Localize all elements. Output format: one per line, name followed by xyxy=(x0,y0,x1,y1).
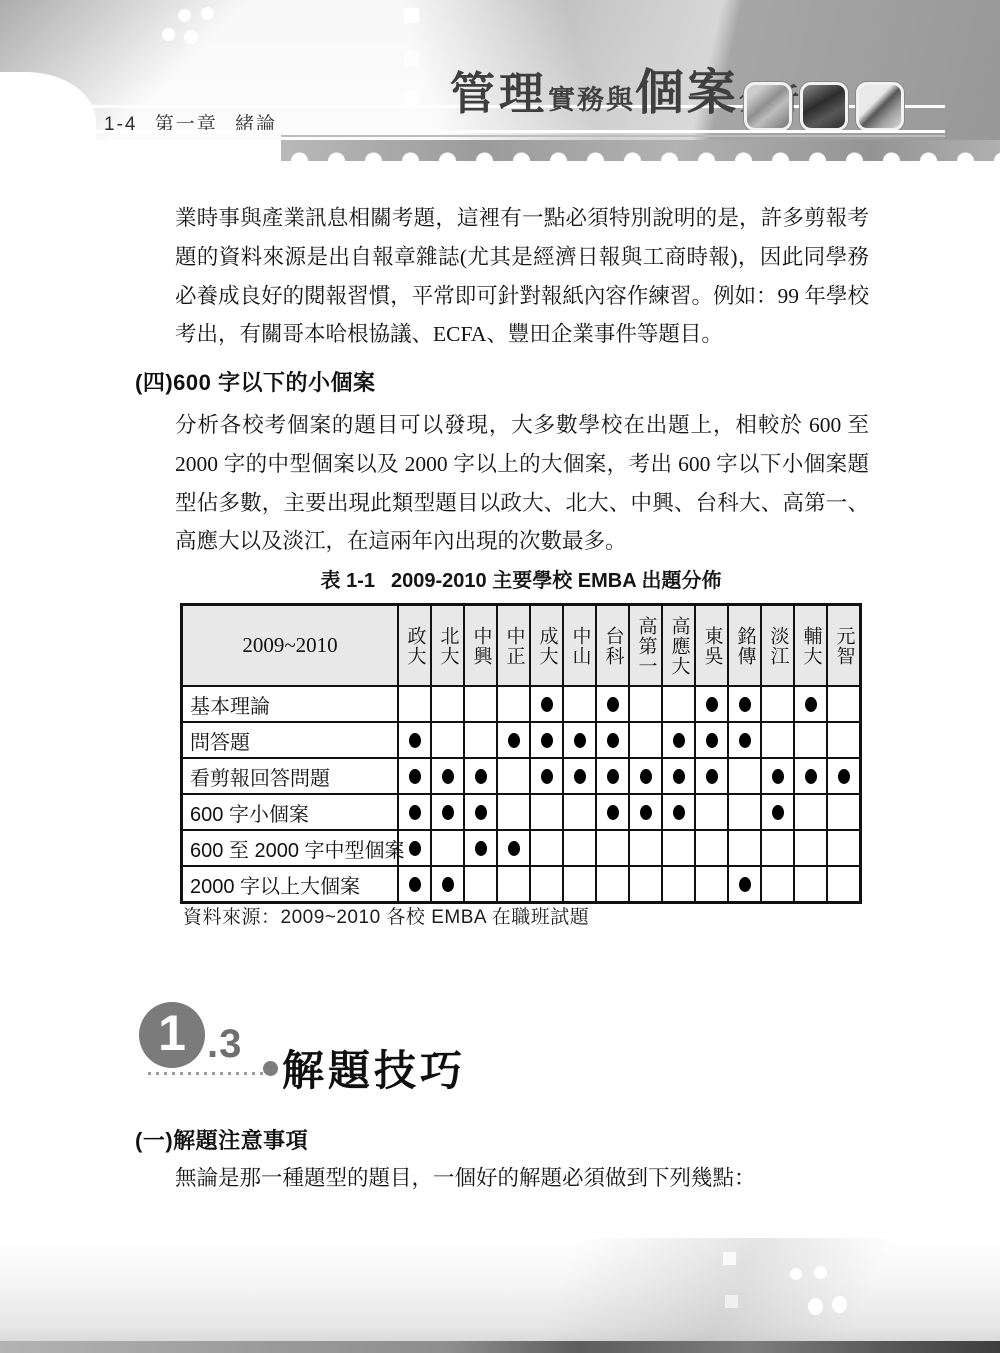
table-cell-empty xyxy=(498,759,531,793)
table-cell-dot-icon xyxy=(432,867,465,901)
heading-small-case-section: (四)600 字以下的小個案 xyxy=(135,366,375,397)
table-row-label: 看剪報回答問題 xyxy=(183,759,399,793)
table-row: 2000 字以上大個案 xyxy=(183,865,859,901)
table-cell-dot-icon xyxy=(762,795,795,829)
table-cell-dot-icon xyxy=(663,759,696,793)
table-cell-dot-icon xyxy=(399,795,432,829)
table-cell-dot-icon xyxy=(762,759,795,793)
table-cell-empty xyxy=(630,687,663,721)
table-cell-dot-icon xyxy=(663,795,696,829)
dotted-leader-line xyxy=(148,1072,264,1075)
table-cell-empty xyxy=(663,867,696,901)
table-cell-empty xyxy=(465,723,498,757)
table-cell-dot-icon xyxy=(597,759,630,793)
table-cell-empty xyxy=(762,831,795,865)
header-thin-rule xyxy=(281,135,945,137)
table-cell-dot-icon xyxy=(399,723,432,757)
table-cell-empty xyxy=(465,687,498,721)
table-column-header: 中正 xyxy=(498,606,531,685)
table-cell-dot-icon xyxy=(630,759,663,793)
emba-distribution-table: 2009~2010政大北大中興中正成大中山台科高第一高應大東吳銘傳淡江輔大元智基… xyxy=(180,603,862,904)
school-name-vertical: 中正 xyxy=(504,626,524,666)
header-dot-decoration xyxy=(184,30,198,44)
header-dot-decoration xyxy=(201,7,214,20)
table-cell-empty xyxy=(828,831,859,865)
table-row-label: 2000 字以上大個案 xyxy=(183,867,399,901)
table-cell-empty xyxy=(630,723,663,757)
table-cell-empty xyxy=(597,831,630,865)
table-cell-empty xyxy=(795,723,828,757)
section-number: 1 xyxy=(158,1008,186,1058)
table-row: 基本理論 xyxy=(183,685,859,721)
table-row: 600 至 2000 字中型個案 xyxy=(183,829,859,865)
header-dot-decoration xyxy=(162,28,175,41)
pen-writing-photo-icon xyxy=(856,82,904,131)
school-name-vertical: 成大 xyxy=(537,626,557,666)
table-caption: 表 1-12009-2010 主要學校 EMBA 出題分佈 xyxy=(180,564,862,593)
header-square-decoration xyxy=(404,51,419,66)
school-name-vertical: 銘傳 xyxy=(735,626,755,666)
table-cell-empty xyxy=(663,687,696,721)
table-column-header: 北大 xyxy=(432,606,465,685)
table-column-header: 中興 xyxy=(465,606,498,685)
table-column-header: 淡江 xyxy=(762,606,795,685)
table-cell-dot-icon xyxy=(597,687,630,721)
table-cell-empty xyxy=(663,831,696,865)
table-cell-empty xyxy=(729,831,762,865)
table-caption-text: 2009-2010 主要學校 EMBA 出題分佈 xyxy=(391,570,721,592)
table-column-header: 中山 xyxy=(564,606,597,685)
table-cell-empty xyxy=(795,831,828,865)
table-row-label: 600 至 2000 字中型個案 xyxy=(183,831,399,865)
table-cell-dot-icon xyxy=(696,723,729,757)
table-cell-empty xyxy=(564,867,597,901)
table-cell-empty xyxy=(828,687,859,721)
table-cell-empty xyxy=(564,795,597,829)
table-cell-dot-icon xyxy=(465,795,498,829)
table-cell-dot-icon xyxy=(729,723,762,757)
table-cell-empty xyxy=(630,867,663,901)
table-cell-empty xyxy=(762,867,795,901)
table-cell-empty xyxy=(729,795,762,829)
table-cell-dot-icon xyxy=(399,867,432,901)
header-rule-line xyxy=(86,130,945,133)
section-number-badge: 1 xyxy=(139,1002,205,1068)
table-cell-empty xyxy=(531,867,564,901)
table-cell-empty xyxy=(729,759,762,793)
table-cell-empty xyxy=(696,867,729,901)
school-name-vertical: 高應大 xyxy=(669,616,689,676)
table-cell-empty xyxy=(531,831,564,865)
table-cell-dot-icon xyxy=(531,759,564,793)
table-cell-empty xyxy=(498,687,531,721)
table-cell-empty xyxy=(432,831,465,865)
table-cell-dot-icon xyxy=(795,687,828,721)
table-column-header: 元智 xyxy=(828,606,859,685)
table-cell-dot-icon xyxy=(729,867,762,901)
open-book-photo-icon xyxy=(744,82,792,131)
footer-dot-decoration xyxy=(832,1296,847,1313)
table-cell-empty xyxy=(531,795,564,829)
table-cell-empty xyxy=(564,831,597,865)
paragraph-case-analysis: 分析各校考個案的題目可以發現，大多數學校在出題上，相較於 600 至 2000 … xyxy=(175,406,869,561)
section-number-suffix: .3 xyxy=(207,1022,242,1067)
school-name-vertical: 中山 xyxy=(570,626,590,666)
footer-square-decoration xyxy=(723,1252,736,1265)
paragraph-answer-intro: 無論是那一種題型的題目，一個好的解題必須做到下列幾點： xyxy=(175,1159,875,1198)
book-title-part: 管理 xyxy=(450,57,548,122)
table-column-header: 成大 xyxy=(531,606,564,685)
table-cell-empty xyxy=(630,831,663,865)
table-cell-empty xyxy=(762,723,795,757)
footer-dot-decoration xyxy=(790,1268,802,1280)
table-row-label: 問答題 xyxy=(183,723,399,757)
header-square-decoration xyxy=(404,8,419,23)
school-name-vertical: 淡江 xyxy=(768,626,788,666)
table-cell-empty xyxy=(696,831,729,865)
header-square-decoration xyxy=(404,91,419,106)
table-column-header: 銘傳 xyxy=(729,606,762,685)
table-cell-dot-icon xyxy=(663,723,696,757)
table-row: 600 字小個案 xyxy=(183,793,859,829)
table-cell-dot-icon xyxy=(465,759,498,793)
table-cell-dot-icon xyxy=(531,687,564,721)
table-cell-dot-icon xyxy=(399,831,432,865)
table-cell-empty xyxy=(597,867,630,901)
table-cell-dot-icon xyxy=(564,723,597,757)
table-cell-dot-icon xyxy=(498,723,531,757)
table-row: 看剪報回答問題 xyxy=(183,757,859,793)
table-cell-empty xyxy=(564,687,597,721)
table-cell-dot-icon xyxy=(531,723,564,757)
footer-square-decoration xyxy=(725,1295,738,1308)
book-title-part: 個案 xyxy=(635,54,739,124)
table-source-note: 資料來源：2009~2010 各校 EMBA 在職班試題 xyxy=(183,902,589,929)
table-cell-empty xyxy=(498,867,531,901)
section-title: 解題技巧 xyxy=(282,1038,466,1098)
table-row-label: 基本理論 xyxy=(183,687,399,721)
table-cell-empty xyxy=(696,795,729,829)
table-cell-empty xyxy=(432,723,465,757)
table-cell-empty xyxy=(828,867,859,901)
table-cell-dot-icon xyxy=(729,687,762,721)
school-name-vertical: 中興 xyxy=(471,626,491,666)
scalloped-border-decoration xyxy=(281,140,1000,161)
table-cell-empty xyxy=(399,687,432,721)
footer-dot-decoration xyxy=(814,1266,827,1279)
school-name-vertical: 北大 xyxy=(438,626,458,666)
table-cell-dot-icon xyxy=(795,759,828,793)
table-row: 問答題 xyxy=(183,721,859,757)
table-corner-cell: 2009~2010 xyxy=(183,606,399,685)
table-cell-dot-icon xyxy=(597,723,630,757)
school-name-vertical: 元智 xyxy=(834,626,854,666)
table-cell-dot-icon xyxy=(696,687,729,721)
heading-answer-notes: (一)解題注意事項 xyxy=(135,1124,308,1155)
school-name-vertical: 東吳 xyxy=(702,626,722,666)
table-column-header: 台科 xyxy=(597,606,630,685)
table-cell-dot-icon xyxy=(432,759,465,793)
school-name-vertical: 輔大 xyxy=(801,626,821,666)
table-column-header: 輔大 xyxy=(795,606,828,685)
table-cell-dot-icon xyxy=(696,759,729,793)
paragraph-news-topics: 業時事與產業訊息相關考題，這裡有一點必須特別說明的是，許多剪報考題的資料來源是出… xyxy=(175,199,869,354)
table-cell-dot-icon xyxy=(432,795,465,829)
table-cell-empty xyxy=(762,687,795,721)
table-column-header: 高應大 xyxy=(663,606,696,685)
table-cell-dot-icon xyxy=(465,831,498,865)
table-row-label: 600 字小個案 xyxy=(183,795,399,829)
table-column-header: 東吳 xyxy=(696,606,729,685)
book-page: 管理 實務與 個案 分析 1-4 第一章 緒論 業時事與產業訊息相關考題，這裡有… xyxy=(0,0,1000,1353)
table-caption-label: 表 1-1 xyxy=(321,570,375,592)
table-cell-empty xyxy=(432,687,465,721)
leader-end-dot-icon xyxy=(263,1061,278,1076)
school-name-vertical: 政大 xyxy=(405,626,425,666)
table-cell-empty xyxy=(498,795,531,829)
table-cell-empty xyxy=(828,723,859,757)
table-cell-empty xyxy=(828,795,859,829)
table-cell-dot-icon xyxy=(498,831,531,865)
table-cell-dot-icon xyxy=(564,759,597,793)
table-cell-empty xyxy=(795,867,828,901)
school-name-vertical: 台科 xyxy=(603,626,623,666)
footer-dot-decoration xyxy=(808,1298,823,1315)
table-column-header: 高第一 xyxy=(630,606,663,685)
book-title-part: 實務與 xyxy=(548,78,635,117)
table-cell-dot-icon xyxy=(828,759,859,793)
table-cell-dot-icon xyxy=(597,795,630,829)
footer-photo-banner xyxy=(0,1238,1000,1353)
table-cell-empty xyxy=(795,795,828,829)
reading-hands-photo-icon xyxy=(800,82,848,131)
school-name-vertical: 高第一 xyxy=(636,616,656,676)
footer-edge-strip xyxy=(0,1341,1000,1353)
table-cell-empty xyxy=(465,867,498,901)
table-cell-dot-icon xyxy=(630,795,663,829)
table-header-row: 2009~2010政大北大中興中正成大中山台科高第一高應大東吳銘傳淡江輔大元智 xyxy=(183,606,859,685)
table-cell-dot-icon xyxy=(399,759,432,793)
header-dot-decoration xyxy=(178,9,191,22)
table-column-header: 政大 xyxy=(399,606,432,685)
